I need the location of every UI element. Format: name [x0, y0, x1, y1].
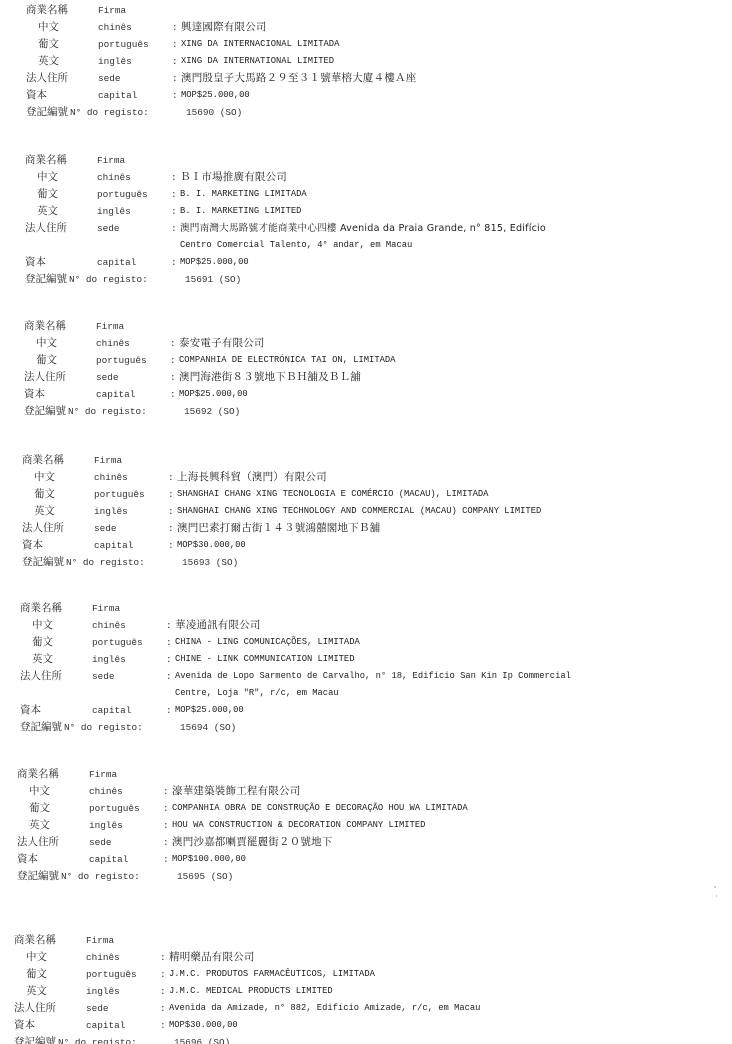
english-name-value: B. I. MARKETING LIMITED — [180, 203, 301, 220]
english-label-pt: inglês — [98, 53, 132, 70]
colon: : — [170, 352, 176, 369]
chinese-label-zh: 中文 — [34, 469, 55, 486]
colon: : — [163, 783, 169, 800]
colon: : — [172, 36, 178, 53]
firm-label-pt: Firma — [92, 600, 120, 617]
english-name-value: XING DA INTERNATIONAL LIMITED — [181, 53, 334, 70]
seat-value: 澳門沙嘉都喇賈罷麗街２０號地下 — [172, 834, 333, 851]
registry-label-pt: N° do registo: — [68, 406, 147, 417]
english-label-zh: 英文 — [38, 53, 59, 70]
portuguese-label-pt: português — [89, 800, 140, 817]
portuguese-name-value: SHANGHAI CHANG XING TECNOLOGIA E COMÉRCI… — [177, 486, 488, 503]
seat-value: Avenida da Amizade, n° 882, Edifício Ami… — [169, 1000, 480, 1017]
registry-label: 登記編號N° do registo: — [20, 719, 143, 736]
english-label-zh: 英文 — [37, 203, 58, 220]
portuguese-name-value: J.M.C. PRODUTOS FARMACÊUTICOS, LIMITADA — [169, 966, 375, 983]
capital-label-pt: capital — [92, 702, 131, 719]
seat-value-line2: Centre, Loja "R", r/c, em Macau — [175, 685, 339, 702]
capital-label-zh: 資本 — [25, 254, 46, 271]
seat-label-zh: 法人住所 — [20, 668, 62, 685]
registry-number: 15694 (SO) — [180, 719, 236, 736]
chinese-name-value: 精明藥品有限公司 — [169, 949, 255, 966]
colon: : — [172, 87, 178, 104]
colon: : — [163, 851, 169, 868]
english-name-value: J.M.C. MEDICAL PRODUCTS LIMITED — [169, 983, 333, 1000]
colon: : — [160, 1017, 166, 1034]
scan-speck — [714, 886, 716, 888]
english-name-value: HOU WA CONSTRUCTION & DECORATION COMPANY… — [172, 817, 425, 834]
portuguese-name-value: CHINA - LING COMUNICAÇÕES, LIMITADA — [175, 634, 360, 651]
colon: : — [171, 169, 177, 186]
registry-label: 登記編號N° do registo: — [25, 271, 148, 288]
portuguese-label-zh: 葡文 — [34, 486, 55, 503]
firm-label-pt: Firma — [86, 932, 114, 949]
scan-speck — [188, 102, 189, 103]
registry-label-zh: 登記編號 — [20, 721, 62, 733]
chinese-name-value: 興達國際有限公司 — [181, 19, 267, 36]
colon: : — [160, 966, 166, 983]
colon: : — [168, 520, 174, 537]
seat-value: 澳門海港街８３號地下ＢＨ舖及ＢＬ舖 — [179, 369, 361, 386]
seat-label-zh: 法人住所 — [24, 369, 66, 386]
capital-value: MOP$100.000,00 — [172, 851, 246, 868]
colon: : — [171, 186, 177, 203]
colon: : — [160, 983, 166, 1000]
portuguese-label-zh: 葡文 — [32, 634, 53, 651]
colon: : — [163, 800, 169, 817]
colon: : — [172, 70, 178, 87]
chinese-name-value: 華凌通訊有限公司 — [175, 617, 261, 634]
colon: : — [168, 537, 174, 554]
firm-label-pt: Firma — [94, 452, 122, 469]
english-label-pt: inglês — [97, 203, 131, 220]
seat-value-line2: Centro Comercial Talento, 4° andar, em M… — [180, 237, 412, 254]
capital-value: MOP$25.000,00 — [175, 702, 244, 719]
registry-number: 15695 (SO) — [177, 868, 233, 885]
seat-label-pt: sede — [97, 220, 120, 237]
portuguese-label-zh: 葡文 — [38, 36, 59, 53]
chinese-label-pt: chinês — [97, 169, 131, 186]
chinese-name-value: 泰安電子有限公司 — [179, 335, 265, 352]
registry-number: 15696 (SO) — [174, 1034, 230, 1044]
capital-value: MOP$30.000,00 — [177, 537, 246, 554]
seat-label-pt: sede — [96, 369, 119, 386]
registry-label-pt: N° do registo: — [61, 871, 140, 882]
seat-value: Avenida de Lopo Sarmento de Carvalho, n°… — [175, 668, 571, 685]
portuguese-label-zh: 葡文 — [26, 966, 47, 983]
chinese-label-zh: 中文 — [29, 783, 50, 800]
registry-label: 登記編號N° do registo: — [17, 868, 140, 885]
chinese-name-value: ＢＩ市場推廣有限公司 — [180, 169, 287, 186]
capital-label-pt: capital — [89, 851, 128, 868]
portuguese-label-pt: português — [97, 186, 148, 203]
colon: : — [170, 335, 176, 352]
seat-value: 澳門巴素打爾古街１４３號鴻囍閣地下Ｂ舖 — [177, 520, 380, 537]
colon: : — [166, 668, 172, 685]
chinese-label-pt: chinês — [98, 19, 132, 36]
english-label-pt: inglês — [94, 503, 128, 520]
english-label-pt: inglês — [89, 817, 123, 834]
scan-speck — [716, 895, 717, 897]
chinese-label-pt: chinês — [92, 617, 126, 634]
capital-value: MOP$30.000,00 — [169, 1017, 238, 1034]
colon: : — [163, 817, 169, 834]
registry-label-pt: N° do registo: — [64, 722, 143, 733]
registry-label: 登記編號N° do registo: — [14, 1034, 137, 1044]
chinese-label-zh: 中文 — [26, 949, 47, 966]
colon: : — [171, 254, 177, 271]
registry-label-zh: 登記編號 — [14, 1036, 56, 1044]
firm-label-zh: 商業名稱 — [25, 152, 67, 169]
capital-label-pt: capital — [86, 1017, 125, 1034]
firm-label-pt: Firma — [98, 2, 126, 19]
portuguese-name-value: B. I. MARKETING LIMITADA — [180, 186, 307, 203]
firm-label-zh: 商業名稱 — [24, 318, 66, 335]
portuguese-label-zh: 葡文 — [29, 800, 50, 817]
capital-label-zh: 資本 — [22, 537, 43, 554]
portuguese-label-zh: 葡文 — [37, 186, 58, 203]
firm-label-zh: 商業名稱 — [14, 932, 56, 949]
portuguese-label-pt: português — [98, 36, 149, 53]
english-label-pt: inglês — [92, 651, 126, 668]
registry-label: 登記編號N° do registo: — [22, 554, 145, 571]
capital-label-zh: 資本 — [20, 702, 41, 719]
colon: : — [171, 203, 177, 220]
capital-label-pt: capital — [97, 254, 136, 271]
chinese-label-pt: chinês — [94, 469, 128, 486]
registry-label-pt: N° do registo: — [66, 557, 145, 568]
seat-value: 澳門南灣大馬路號才能商業中心四樓 Avenida da Praia Grande… — [180, 220, 546, 237]
colon: : — [171, 220, 177, 237]
seat-label-pt: sede — [89, 834, 112, 851]
seat-label-zh: 法人住所 — [26, 70, 68, 87]
registry-label: 登記編號N° do registo: — [24, 403, 147, 420]
capital-value: MOP$25.000,00 — [179, 386, 248, 403]
colon: : — [170, 369, 176, 386]
seat-label-pt: sede — [94, 520, 117, 537]
capital-label-pt: capital — [94, 537, 133, 554]
portuguese-name-value: COMPANHIA DE ELECTRÓNICA TAI ON, LIMITAD… — [179, 352, 395, 369]
chinese-label-zh: 中文 — [37, 169, 58, 186]
colon: : — [166, 634, 172, 651]
colon: : — [172, 53, 178, 70]
registry-number: 15691 (SO) — [185, 271, 241, 288]
english-label-pt: inglês — [86, 983, 120, 1000]
firm-label-pt: Firma — [96, 318, 124, 335]
colon: : — [166, 651, 172, 668]
registry-label-zh: 登記編號 — [17, 870, 59, 882]
capital-label-pt: capital — [98, 87, 137, 104]
capital-label-zh: 資本 — [24, 386, 45, 403]
capital-label-zh: 資本 — [14, 1017, 35, 1034]
chinese-label-pt: chinês — [96, 335, 130, 352]
firm-label-zh: 商業名稱 — [20, 600, 62, 617]
seat-label-pt: sede — [92, 668, 115, 685]
portuguese-label-pt: português — [86, 966, 137, 983]
capital-label-pt: capital — [96, 386, 135, 403]
registry-label-pt: N° do registo: — [58, 1037, 137, 1044]
chinese-label-pt: chinês — [86, 949, 120, 966]
colon: : — [172, 19, 178, 36]
registry-label-pt: N° do registo: — [70, 107, 149, 118]
colon: : — [168, 469, 174, 486]
chinese-name-value: 濠華建築裝飾工程有限公司 — [172, 783, 300, 800]
chinese-name-value: 上海長興科貿（澳門）有限公司 — [177, 469, 327, 486]
colon: : — [166, 702, 172, 719]
firm-label-zh: 商業名稱 — [17, 766, 59, 783]
chinese-label-pt: chinês — [89, 783, 123, 800]
seat-label-zh: 法人住所 — [17, 834, 59, 851]
seat-label-pt: sede — [98, 70, 121, 87]
registry-label-pt: N° do registo: — [69, 274, 148, 285]
seat-label-zh: 法人住所 — [22, 520, 64, 537]
registry-label: 登記編號N° do registo: — [26, 104, 149, 121]
colon: : — [170, 386, 176, 403]
firm-label-pt: Firma — [89, 766, 117, 783]
seat-value: 澳門殷皇子大馬路２９至３１號華榕大廈４樓Ａ座 — [181, 70, 416, 87]
colon: : — [166, 617, 172, 634]
capital-label-zh: 資本 — [26, 87, 47, 104]
portuguese-label-pt: português — [92, 634, 143, 651]
portuguese-name-value: XING DA INTERNACIONAL LIMITADA — [181, 36, 339, 53]
seat-label-zh: 法人住所 — [25, 220, 67, 237]
registry-label-zh: 登記編號 — [24, 405, 66, 417]
firm-label-zh: 商業名稱 — [26, 2, 68, 19]
firm-label-pt: Firma — [97, 152, 125, 169]
capital-label-zh: 資本 — [17, 851, 38, 868]
colon: : — [163, 834, 169, 851]
registry-label-zh: 登記編號 — [25, 273, 67, 285]
colon: : — [168, 503, 174, 520]
registry-number: 15692 (SO) — [184, 403, 240, 420]
seat-label-zh: 法人住所 — [14, 1000, 56, 1017]
registry-label-zh: 登記編號 — [22, 556, 64, 568]
english-label-zh: 英文 — [34, 503, 55, 520]
registry-number: 15693 (SO) — [182, 554, 238, 571]
portuguese-label-zh: 葡文 — [36, 352, 57, 369]
capital-value: MOP$25.000,00 — [181, 87, 250, 104]
firm-label-zh: 商業名稱 — [22, 452, 64, 469]
english-label-zh: 英文 — [32, 651, 53, 668]
portuguese-label-pt: português — [96, 352, 147, 369]
english-label-zh: 英文 — [26, 983, 47, 1000]
english-name-value: CHINE - LINK COMMUNICATION LIMITED — [175, 651, 355, 668]
seat-label-pt: sede — [86, 1000, 109, 1017]
colon: : — [168, 486, 174, 503]
english-label-zh: 英文 — [29, 817, 50, 834]
portuguese-label-pt: português — [94, 486, 145, 503]
capital-value: MOP$25.000,00 — [180, 254, 249, 271]
english-name-value: SHANGHAI CHANG XING TECHNOLOGY AND COMME… — [177, 503, 541, 520]
chinese-label-zh: 中文 — [32, 617, 53, 634]
registry-number: 15690 (SO) — [186, 104, 242, 121]
colon: : — [160, 949, 166, 966]
colon: : — [160, 1000, 166, 1017]
chinese-label-zh: 中文 — [38, 19, 59, 36]
chinese-label-zh: 中文 — [36, 335, 57, 352]
portuguese-name-value: COMPANHIA OBRA DE CONSTRUÇÃO E DECORAÇÃO… — [172, 800, 468, 817]
registry-label-zh: 登記編號 — [26, 106, 68, 118]
